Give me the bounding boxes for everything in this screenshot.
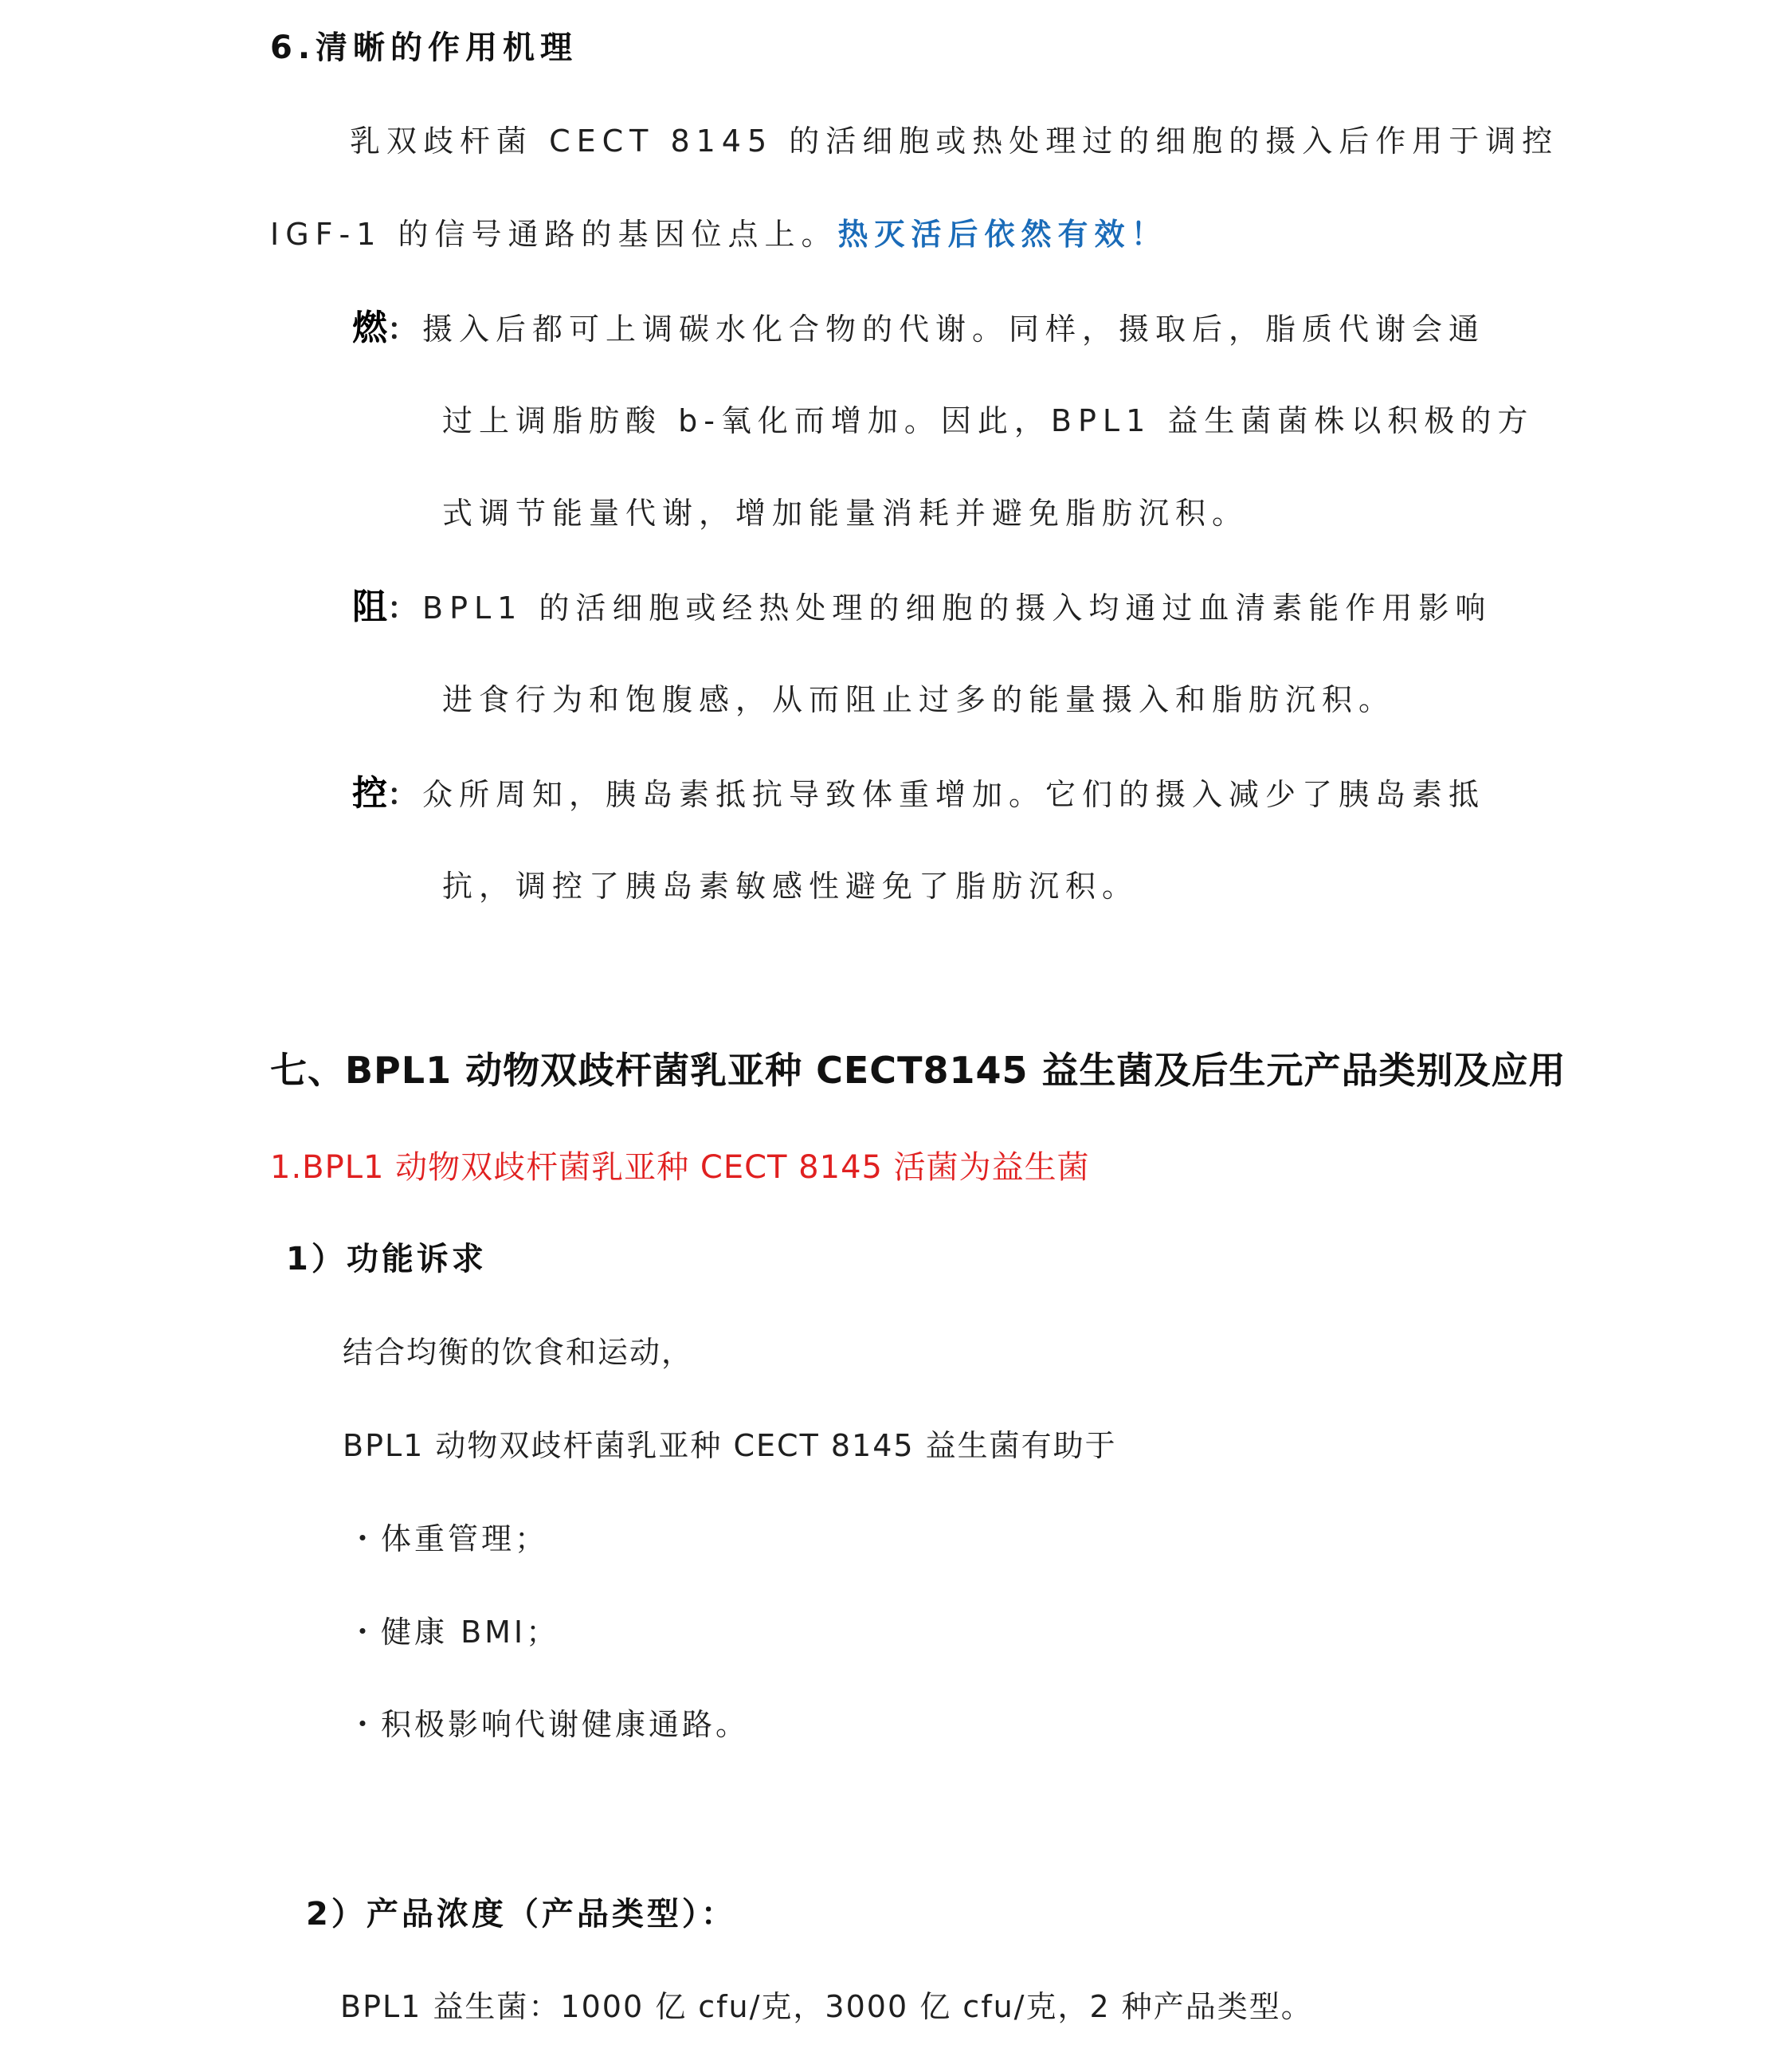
point-burn-line-1: 燃：摄入后都可上调碳水化合物的代谢。同样，摄取后，脂质代谢会通 — [352, 311, 1485, 346]
point-block-colon: ： — [387, 591, 422, 626]
mechanism-heading: 6.清晰的作用机理 — [270, 32, 578, 64]
mechanism-intro-line-2: IGF-1 的信号通路的基因位点上。热灭活后依然有效！ — [270, 219, 1168, 249]
point-block-line-1: 阻：BPL1 的活细胞或经热处理的细胞的摄入均通过血清素能作用影响 — [352, 590, 1492, 625]
point-control-colon: ： — [387, 777, 422, 812]
point-control-line-2: 抗，调控了胰岛素敏感性避免了脂肪沉积。 — [442, 871, 1139, 901]
function-claims-line-2: BPL1 动物双歧杆菌乳亚种 CECT 8145 益生菌有助于 — [343, 1430, 1117, 1461]
point-control-line-1: 控：众所周知，胰岛素抵抗导致体重增加。它们的摄入减少了胰岛素抵 — [352, 776, 1485, 811]
section-7-subheading-live-probiotic: 1.BPL1 动物双歧杆菌乳亚种 CECT 8145 活菌为益生菌 — [270, 1152, 1090, 1183]
heat-inactivated-highlight: 热灭活后依然有效！ — [837, 217, 1167, 252]
function-claims-line-1: 结合均衡的饮食和运动， — [343, 1337, 693, 1368]
point-block-key: 阻 — [352, 587, 387, 627]
point-control-key: 控 — [352, 773, 387, 814]
point-block-line-2: 进食行为和饱腹感，从而阻止过多的能量摄入和脂肪沉积。 — [442, 685, 1395, 715]
point-burn-line-2: 过上调脂肪酸 b-氧化而增加。因此，BPL1 益生菌菌株以积极的方 — [442, 406, 1534, 436]
section-7-heading: 七、BPL1 动物双歧杆菌乳亚种 CECT8145 益生菌及后生元产品类别及应用 — [270, 1052, 1566, 1089]
bullet-weight-management: ・体重管理； — [347, 1524, 548, 1554]
mechanism-intro-line-1: 乳双歧杆菌 CECT 8145 的活细胞或热处理过的细胞的摄入后作用于调控 — [350, 126, 1558, 156]
bullet-metabolic-health: ・积极影响代谢健康通路。 — [347, 1709, 749, 1740]
product-concentration-heading: 2）产品浓度（产品类型）： — [306, 1898, 736, 1930]
point-control-text: 众所周知，胰岛素抵抗导致体重增加。它们的摄入减少了胰岛素抵 — [422, 777, 1485, 812]
point-burn-text: 摄入后都可上调碳水化合物的代谢。同样，摄取后，脂质代谢会通 — [422, 312, 1485, 347]
point-burn-key: 燃 — [352, 308, 387, 348]
product-concentration-line: BPL1 益生菌：1000 亿 cfu/克，3000 亿 cfu/克，2 种产品… — [340, 1992, 1313, 2022]
mechanism-intro-text: IGF-1 的信号通路的基因位点上。 — [270, 217, 837, 252]
point-burn-colon: ： — [387, 312, 422, 347]
bullet-healthy-bmi: ・健康 BMI； — [347, 1617, 559, 1647]
point-burn-line-3: 式调节能量代谢，增加能量消耗并避免脂肪沉积。 — [442, 498, 1249, 528]
function-claims-heading: 1）功能诉求 — [286, 1243, 487, 1275]
point-block-text: BPL1 的活细胞或经热处理的细胞的摄入均通过血清素能作用影响 — [422, 591, 1492, 626]
